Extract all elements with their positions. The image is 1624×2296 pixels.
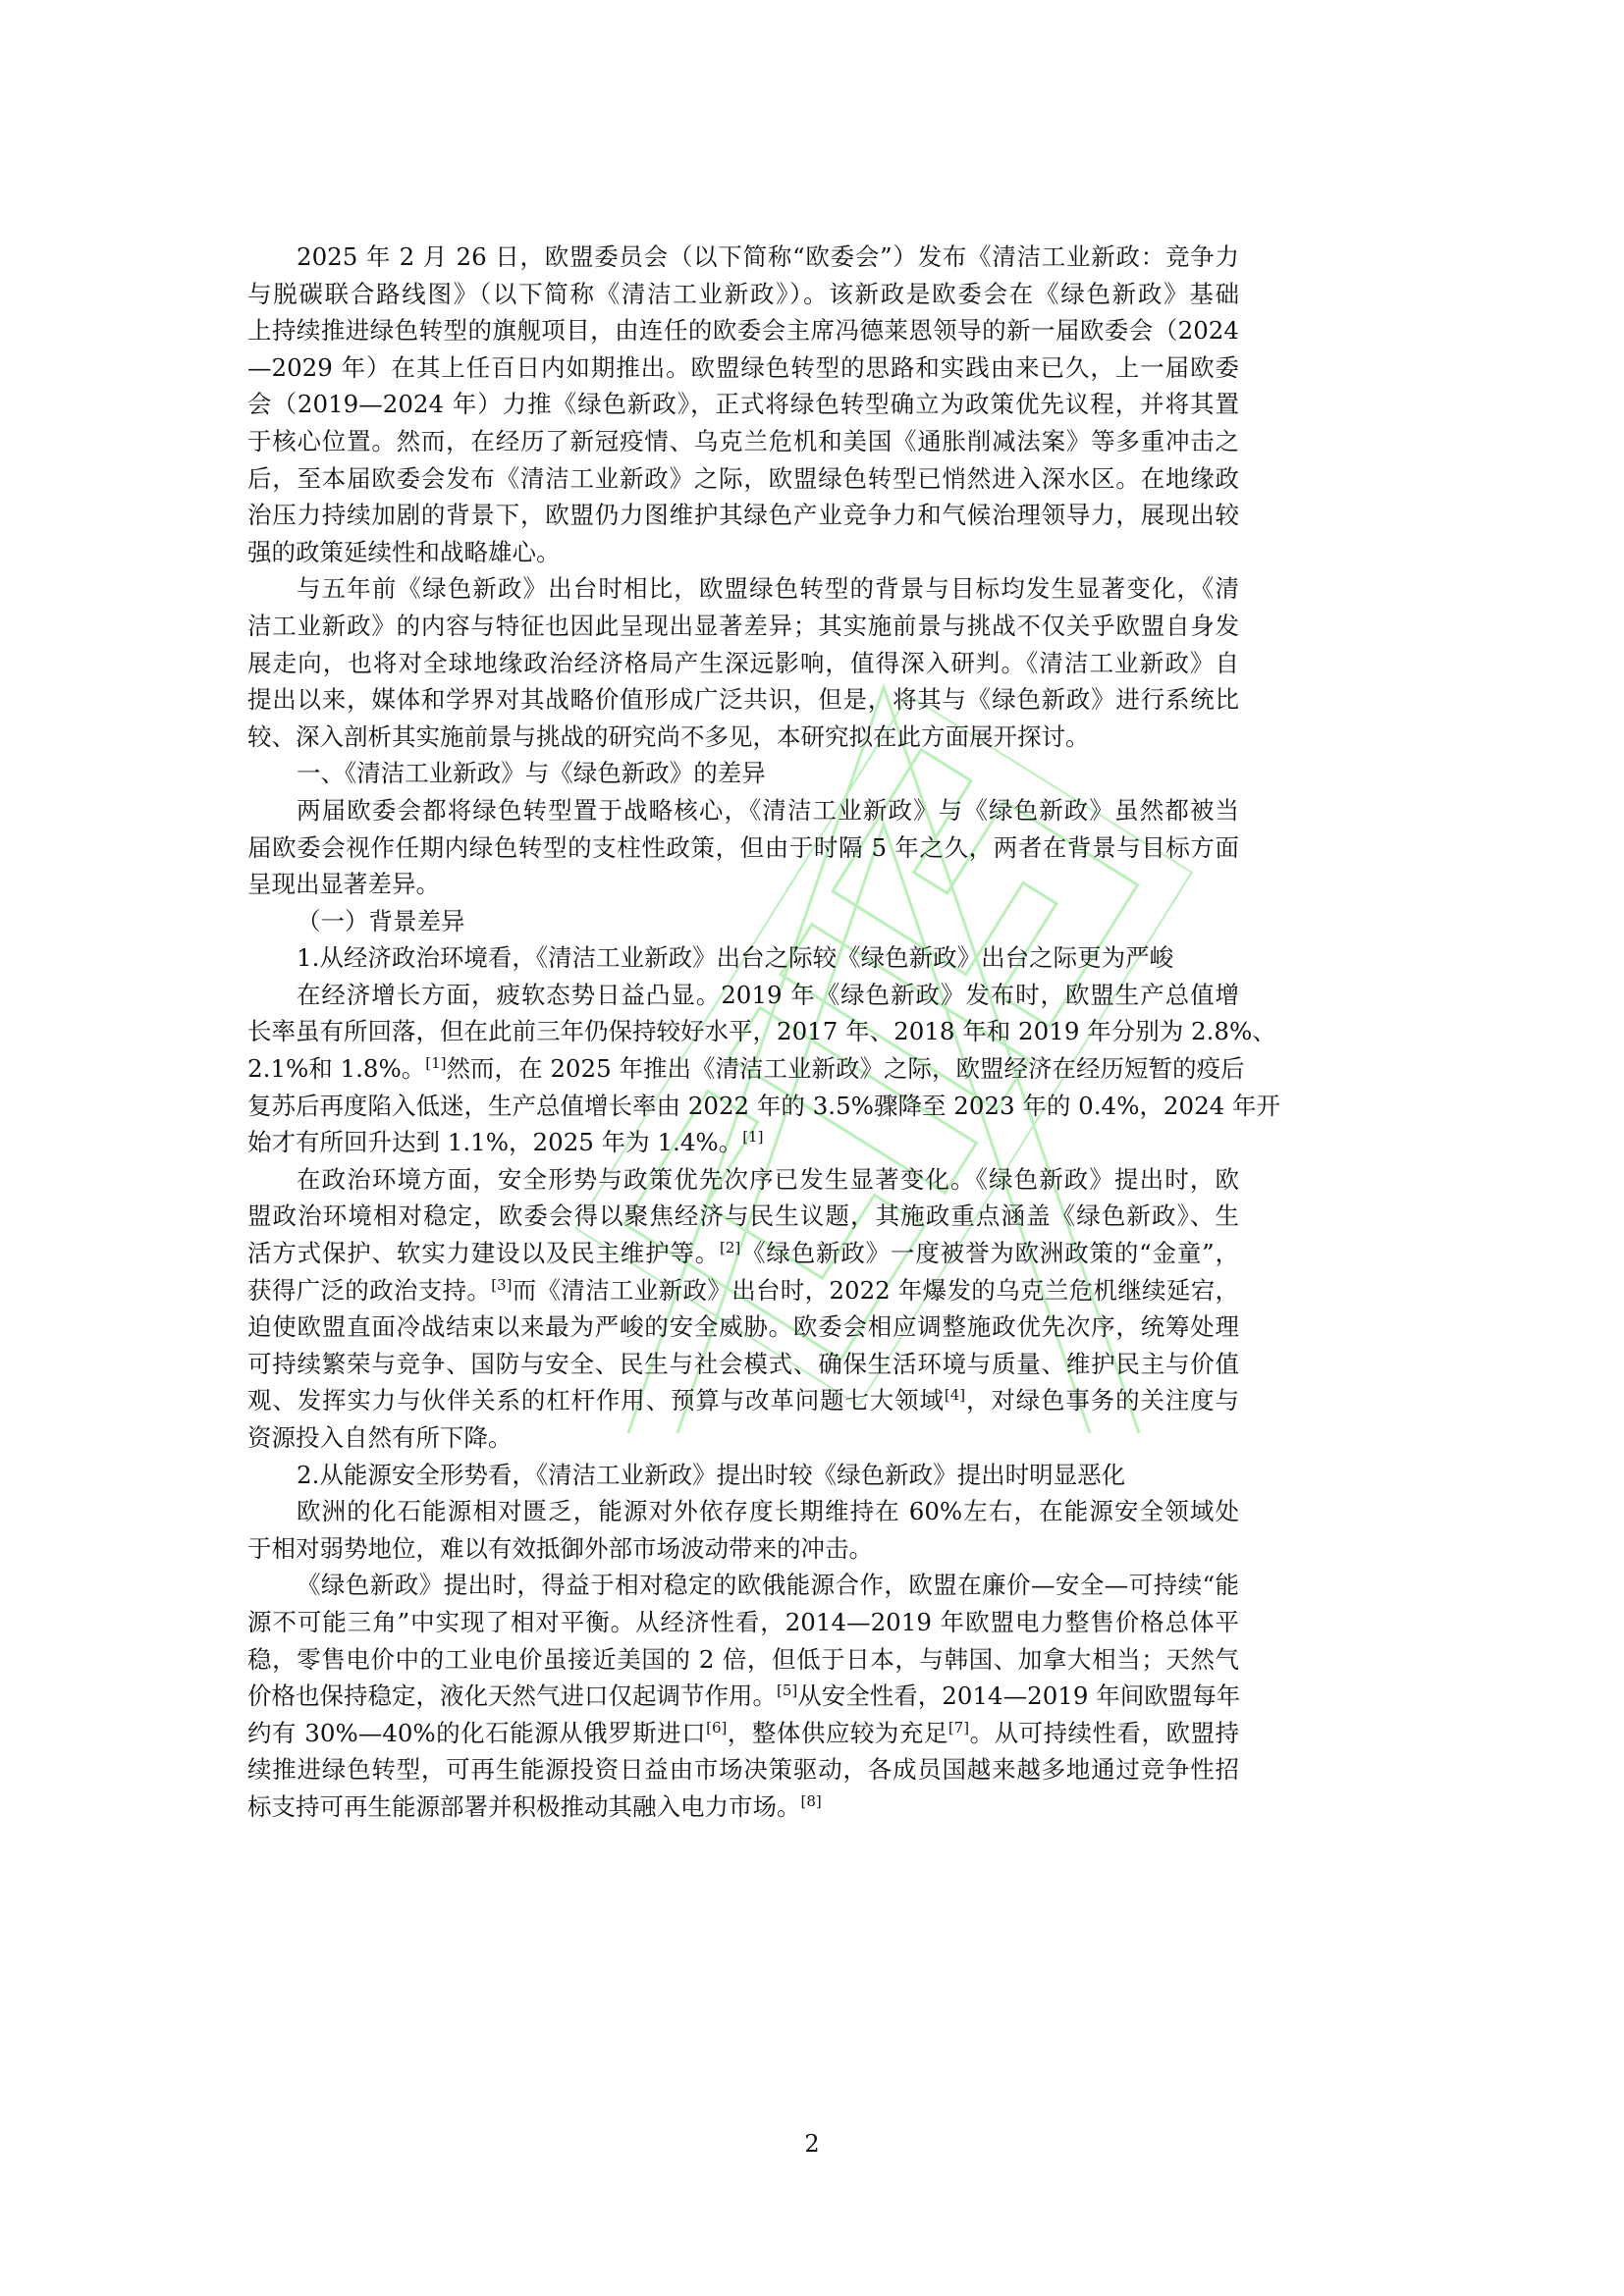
text-span: 价格也保持稳定，液化天然气进口仅起调节作用。 <box>247 1682 777 1710</box>
text-line: 2.1%和 1.8%。[1]然而，在 2025 年推出《清洁工业新政》之际，欧盟… <box>247 1050 1239 1088</box>
text-line: 在政治环境方面，安全形势与政策优先次序已发生显著变化。《绿色新政》提出时，欧 <box>247 1161 1239 1199</box>
text-line: 迫使欧盟直面冷战结束以来最为严峻的安全威胁。欧委会相应调整施政优先次序，统筹处理 <box>247 1308 1239 1346</box>
text-line: 欧洲的化石能源相对匮乏，能源对外依存度长期维持在 60%左右，在能源安全领域处 <box>247 1493 1239 1530</box>
text-line: 观、发挥实力与伙伴关系的杠杆作用、预算与改革问题七大领域[4]，对绿色事务的关注… <box>247 1382 1239 1419</box>
text-span: ，整体供应较为充足 <box>727 1719 947 1747</box>
text-line: 活方式保护、软实力建设以及民主维护等。[2]《绿色新政》一度被誉为欧洲政策的“金… <box>247 1235 1239 1272</box>
text-line: 于相对弱势地位，难以有效抵御外部市场波动带来的冲击。 <box>247 1530 1239 1568</box>
citation-marker: [8] <box>801 1792 822 1810</box>
text-span: 2.1%和 1.8%。 <box>247 1054 425 1083</box>
text-line: 2025 年 2 月 26 日，欧盟委员会（以下简称“欧委会”）发布《清洁工业新… <box>247 239 1239 276</box>
paragraph-energy-dependence: 欧洲的化石能源相对匮乏，能源对外依存度长期维持在 60%左右，在能源安全领域处 … <box>247 1493 1239 1567</box>
page-number: 2 <box>0 2130 1624 2158</box>
text-span: 观、发挥实力与伙伴关系的杠杆作用、预算与改革问题七大领域 <box>247 1386 945 1415</box>
text-line: 洁工业新政》的内容与特征也因此呈现出显著差异；其实施前景与挑战不仅关乎欧盟自身发 <box>247 608 1239 645</box>
text-line: 稳，零售电价中的工业电价虽接近美国的 2 倍，但低于日本，与韩国、加拿大相当；天… <box>247 1641 1239 1679</box>
text-line: 届欧委会视作任期内绿色转型的支柱性政策，但由于时隔 5 年之久，两者在背景与目标… <box>247 829 1239 867</box>
text-line: 续推进绿色转型，可再生能源投资日益由市场决策驱动，各成员国越来越多地通过竞争性招 <box>247 1751 1239 1789</box>
citation-marker: [7] <box>948 1719 969 1736</box>
text-line: 呈现出显著差异。 <box>247 866 1239 903</box>
text-span: 。从可持续性看，欧盟持 <box>969 1719 1239 1747</box>
text-span: 始才有所回升达到 1.1%，2025 年为 1.4%。 <box>247 1128 742 1156</box>
paragraph-comparison: 与五年前《绿色新政》出台时相比，欧盟绿色转型的背景与目标均发生显著变化，《清 洁… <box>247 570 1239 755</box>
text-span: 标支持可再生能源部署并积极推动其融入电力市场。 <box>247 1792 801 1821</box>
text-line: 展走向，也将对全球地缘政治经济格局产生深远影响，值得深入研判。《清洁工业新政》自 <box>247 645 1239 682</box>
text-line: 可持续繁荣与竞争、国防与安全、民生与社会模式、确保生活环境与质量、维护民主与价值 <box>247 1346 1239 1383</box>
text-line: 在经济增长方面，疲软态势日益凸显。2019 年《绿色新政》发布时，欧盟生产总值增 <box>247 977 1239 1014</box>
text-span: 从安全性看，2014—2019 年间欧盟每年 <box>797 1682 1240 1710</box>
subsection-heading: （一）背景差异 <box>247 903 1239 940</box>
text-line: 与脱碳联合路线图》（以下简称《清洁工业新政》）。该新政是欧委会在《绿色新政》基础 <box>247 276 1239 313</box>
text-line: 上持续推进绿色转型的旗舰项目，由连任的欧委会主席冯德莱恩领导的新一届欧委会（20… <box>247 312 1239 349</box>
text-line: 会（2019—2024 年）力推《绿色新政》，正式将绿色转型确立为政策优先议程，… <box>247 386 1239 423</box>
text-line: 盟政治环境相对稳定，欧委会得以聚焦经济与民生议题，其施政重点涵盖《绿色新政》、生 <box>247 1198 1239 1235</box>
text-line: 两届欧委会都将绿色转型置于战略核心，《清洁工业新政》与《绿色新政》虽然都被当 <box>247 792 1239 829</box>
paragraph-section-intro: 两届欧委会都将绿色转型置于战略核心，《清洁工业新政》与《绿色新政》虽然都被当 届… <box>247 792 1239 903</box>
text-line: 后，至本届欧委会发布《清洁工业新政》之际，欧盟绿色转型已悄然进入深水区。在地缘政 <box>247 460 1239 498</box>
text-line: 长率虽有所回落，但在此前三年仍保持较好水平，2017 年、2018 年和 201… <box>247 1013 1239 1050</box>
citation-marker: [2] <box>720 1239 740 1256</box>
text-span: ，对绿色事务的关注度与 <box>965 1386 1239 1415</box>
citation-marker: [1] <box>742 1128 763 1146</box>
point-heading: 2.从能源安全形势看，《清洁工业新政》提出时较《绿色新政》提出时明显恶化 <box>247 1457 1239 1494</box>
text-line: 获得广泛的政治支持。[3]而《清洁工业新政》出台时，2022 年爆发的乌克兰危机… <box>247 1272 1239 1309</box>
text-line: 始才有所回升达到 1.1%，2025 年为 1.4%。[1] <box>247 1124 1239 1161</box>
section-heading: 一、《清洁工业新政》与《绿色新政》的差异 <box>247 755 1239 792</box>
text-line: 价格也保持稳定，液化天然气进口仅起调节作用。[5]从安全性看，2014—2019… <box>247 1678 1239 1715</box>
text-line: 《绿色新政》提出时，得益于相对稳定的欧俄能源合作，欧盟在廉价—安全—可持续“能 <box>247 1567 1239 1604</box>
paragraph-political-environment: 在政治环境方面，安全形势与政策优先次序已发生显著变化。《绿色新政》提出时，欧 盟… <box>247 1161 1239 1457</box>
text-span: 获得广泛的政治支持。 <box>247 1276 491 1305</box>
paragraph-energy-trilemma: 《绿色新政》提出时，得益于相对稳定的欧俄能源合作，欧盟在廉价—安全—可持续“能 … <box>247 1567 1239 1825</box>
text-line: 源不可能三角”中实现了相对平衡。从经济性看，2014—2019 年欧盟电力整售价… <box>247 1604 1239 1641</box>
citation-marker: [1] <box>425 1054 446 1072</box>
text-line: 较、深入剖析其实施前景与挑战的研究尚不多见，本研究拟在此方面展开探讨。 <box>247 719 1239 756</box>
document-body: 2025 年 2 月 26 日，欧盟委员会（以下简称“欧委会”）发布《清洁工业新… <box>247 239 1239 1826</box>
citation-marker: [6] <box>706 1719 727 1736</box>
citation-marker: [4] <box>945 1386 965 1404</box>
citation-marker: [5] <box>777 1682 797 1699</box>
text-span: 然而，在 2025 年推出《清洁工业新政》之际，欧盟经济在经历短暂的疫后 <box>447 1054 1245 1083</box>
text-line: —2029 年）在其上任百日内如期推出。欧盟绿色转型的思路和实践由来已久，上一届… <box>247 349 1239 387</box>
text-span: 而《清洁工业新政》出台时，2022 年爆发的乌克兰危机继续延宕， <box>512 1276 1239 1305</box>
text-span: 约有 30%—40%的化石能源从俄罗斯进口 <box>247 1719 706 1747</box>
text-line: 复苏后再度陷入低迷，生产总值增长率由 2022 年的 3.5%骤降至 2023 … <box>247 1088 1239 1125</box>
paragraph-economic-growth: 在经济增长方面，疲软态势日益凸显。2019 年《绿色新政》发布时，欧盟生产总值增… <box>247 977 1239 1161</box>
text-span: 《绿色新政》一度被誉为欧洲政策的“金童”， <box>740 1239 1239 1267</box>
text-line: 提出以来，媒体和学界对其战略价值形成广泛共识，但是，将其与《绿色新政》进行系统比 <box>247 681 1239 719</box>
paragraph-intro: 2025 年 2 月 26 日，欧盟委员会（以下简称“欧委会”）发布《清洁工业新… <box>247 239 1239 570</box>
text-line: 与五年前《绿色新政》出台时相比，欧盟绿色转型的背景与目标均发生显著变化，《清 <box>247 570 1239 608</box>
document-page: 2025 年 2 月 26 日，欧盟委员会（以下简称“欧委会”）发布《清洁工业新… <box>0 0 1624 2296</box>
text-line: 标支持可再生能源部署并积极推动其融入电力市场。[8] <box>247 1789 1239 1826</box>
text-span: 活方式保护、软实力建设以及民主维护等。 <box>247 1239 720 1267</box>
text-line: 治压力持续加剧的背景下，欧盟仍力图维护其绿色产业竞争力和气候治理领导力，展现出较 <box>247 497 1239 534</box>
text-line: 于核心位置。然而，在经历了新冠疫情、乌克兰危机和美国《通胀削减法案》等多重冲击之 <box>247 423 1239 460</box>
text-line: 强的政策延续性和战略雄心。 <box>247 534 1239 571</box>
citation-marker: [3] <box>491 1275 512 1293</box>
point-heading: 1.从经济政治环境看，《清洁工业新政》出台之际较《绿色新政》出台之际更为严峻 <box>247 939 1239 977</box>
text-line: 资源投入自然有所下降。 <box>247 1419 1239 1457</box>
text-line: 约有 30%—40%的化石能源从俄罗斯进口[6]，整体供应较为充足[7]。从可持… <box>247 1715 1239 1752</box>
